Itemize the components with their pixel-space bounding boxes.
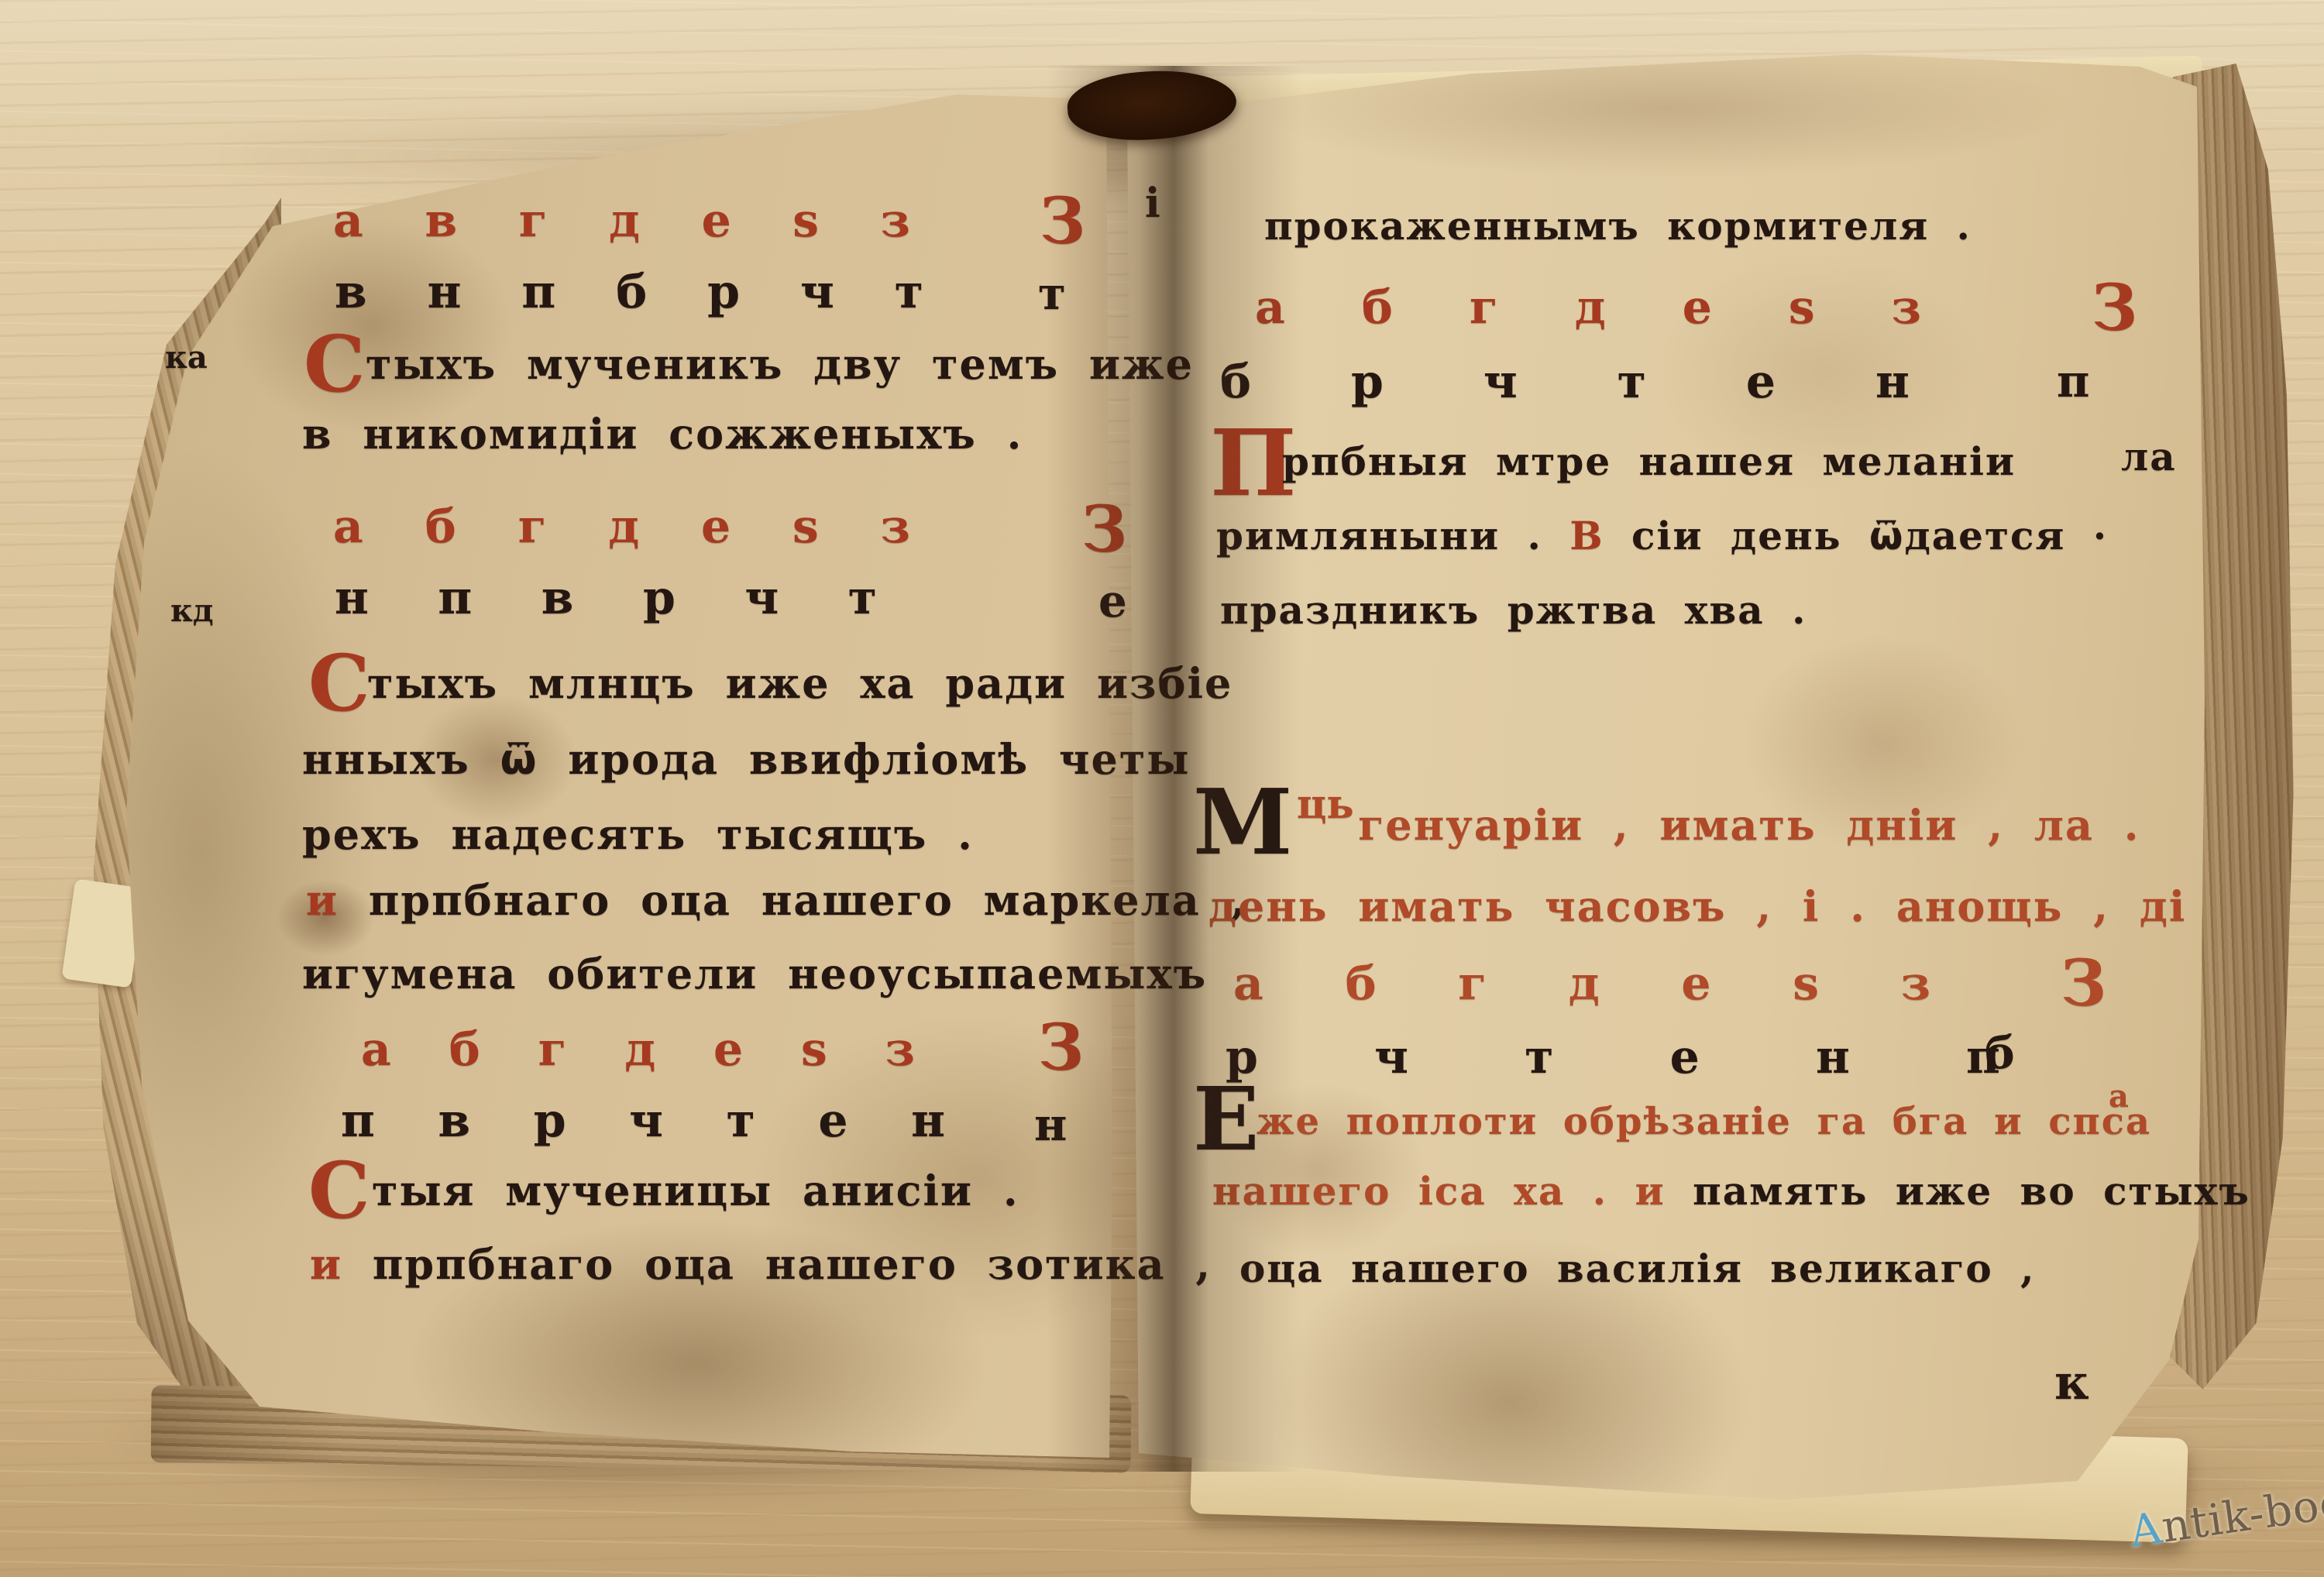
vruceleto-letter: р — [707, 265, 740, 319]
vruceleto-letter: ч — [800, 265, 834, 319]
vruceleto-letter: д — [624, 1022, 655, 1077]
vruceleto-letter: д — [1575, 280, 1606, 335]
vruceleto-red-row-2-left: абгдеѕз — [333, 500, 910, 554]
vruceleto-letter: в — [425, 194, 457, 248]
text-line: римляныни . В сіи день ѿдается · — [1216, 513, 2108, 558]
text-segment: сіи день ѿдается · — [1631, 513, 2108, 558]
vruceleto-red-z-3-left: З — [1038, 1011, 1084, 1085]
vruceleto-letter: б — [449, 1022, 480, 1077]
vruceleto-letter: в — [335, 265, 367, 319]
text-line: нныхъ ѿ ирода ввифліомѣ четы — [302, 734, 1191, 784]
initial-letter-inline: и — [306, 875, 339, 925]
vruceleto-letter: р — [1351, 355, 1384, 409]
vruceleto-red-z-2-left: З — [1081, 493, 1127, 567]
initial-letter-inline: и — [310, 1239, 342, 1289]
text-line-rest: прпбнаго оца нашего зотика , — [373, 1239, 1212, 1289]
vruceleto-red-row-2-right: абгдеѕз — [1233, 957, 1930, 1011]
weekday-black-far-3-left: н — [1034, 1098, 1067, 1151]
vruceleto-letter: т — [1618, 355, 1646, 409]
vruceleto-letter: б — [1346, 957, 1377, 1011]
text-line: тыхъ млнцъ иже ха ради избіе — [367, 658, 1232, 708]
text-line: праздникъ ржтва хва . — [1220, 587, 1807, 633]
text-line: оца нашего василія великаго , — [1239, 1245, 2036, 1291]
initial-letter: С — [308, 1158, 370, 1224]
weekday-black-row-3-left: пврчтен — [341, 1094, 945, 1148]
vruceleto-letter: п — [438, 571, 472, 625]
superscript: ць — [1297, 781, 1354, 828]
vruceleto-letter: т — [848, 571, 877, 625]
text-line: игумена обители неоусыпаемыхъ — [302, 949, 1207, 998]
vruceleto-red-row-1-left: авгдеѕз — [333, 194, 910, 248]
vruceleto-red-row-3-left: абгдеѕз — [361, 1022, 915, 1077]
month-heading-text: генуаріи , имать дніи , ла . — [1358, 800, 2140, 850]
vruceleto-letter: а — [1255, 280, 1285, 335]
month-heading-line-2: день имать часовъ , і . анощь , ді — [1208, 881, 2186, 931]
vruceleto-letter: р — [643, 571, 676, 625]
vruceleto-letter: ч — [1374, 1030, 1408, 1084]
quire-signature: к — [2054, 1354, 2089, 1410]
text-segment: нашего іса ха . и — [1212, 1168, 1666, 1214]
weekday-black-far-1-right: п — [2057, 355, 2089, 407]
weekday-black-row-1-right: брчтен — [1220, 355, 1910, 409]
vruceleto-letter: н — [428, 265, 462, 319]
vruceleto-letter: ч — [744, 571, 779, 625]
vruceleto-red-row-1-right: абгдеѕз — [1255, 280, 1921, 335]
vruceleto-letter: е — [818, 1094, 847, 1148]
vruceleto-letter: з — [1892, 280, 1921, 335]
vruceleto-letter: е — [1683, 280, 1712, 335]
text-line-tail: ла — [2121, 434, 2177, 479]
text-line: же поплоти обрѣзаніе га бга и спса — [1257, 1100, 2151, 1143]
vruceleto-letter: б — [616, 265, 647, 319]
vruceleto-letter: г — [1470, 280, 1498, 335]
vruceleto-letter: е — [1746, 355, 1776, 409]
vruceleto-letter: е — [702, 194, 731, 248]
weekday-black-row-2-left: нпврчт — [335, 571, 877, 625]
margin-day-number-right: а — [2109, 1078, 2129, 1115]
text-line: рпбныя мтре нашея меланіи — [1282, 438, 2016, 484]
text-line: и прпбнаго оца нашего зотика , — [310, 1239, 1212, 1289]
initial-letter: С — [304, 332, 366, 397]
text-line: рехъ надесять тысящъ . — [302, 809, 974, 859]
vruceleto-letter: б — [1362, 280, 1393, 335]
vruceleto-letter: б — [425, 500, 456, 554]
vruceleto-letter: а — [1233, 957, 1263, 1011]
text-line: и прпбнаго оца нашего маркела , — [306, 875, 1246, 925]
vruceleto-letter: з — [885, 1022, 915, 1077]
vruceleto-letter: е — [701, 500, 731, 554]
vruceleto-red-z-1-right: З — [2092, 271, 2137, 345]
vruceleto-red-z-2-right: З — [2061, 947, 2106, 1021]
vruceleto-letter: т — [895, 265, 923, 319]
weekday-black-row-2-right: рчтенп — [1226, 1030, 2000, 1084]
vruceleto-letter: а — [333, 500, 363, 554]
text-line: прокаженнымъ кормителя . — [1264, 203, 1972, 249]
vruceleto-letter: а — [361, 1022, 391, 1077]
text-line: нашего іса ха . и память иже во стыхъ — [1212, 1168, 2250, 1214]
text-segment: римляныни . — [1216, 513, 1542, 558]
initial-letter-m: М — [1193, 770, 1292, 875]
left-margin-day-number-2: кд — [170, 593, 214, 629]
text-segment: память иже во стыхъ — [1693, 1168, 2250, 1214]
weekday-black-row-1-left: внпбрчт — [335, 265, 923, 319]
photo-old-slavonic-book: ка кд авгдеѕз З внпбрчт т С тыхъ мученик… — [0, 0, 2324, 1577]
vruceleto-letter: д — [608, 500, 639, 554]
vruceleto-letter: т — [727, 1094, 755, 1148]
vruceleto-letter: е — [1670, 1030, 1700, 1084]
vruceleto-letter: е — [1681, 957, 1710, 1011]
vruceleto-letter: ѕ — [792, 194, 819, 248]
vruceleto-letter: н — [335, 571, 369, 625]
vruceleto-letter: п — [521, 265, 555, 319]
vruceleto-letter: д — [609, 194, 640, 248]
vruceleto-letter: н — [1875, 355, 1910, 409]
vruceleto-letter: г — [538, 1022, 567, 1077]
vruceleto-letter: ѕ — [801, 1022, 827, 1077]
vruceleto-letter: з — [1901, 957, 1930, 1011]
vruceleto-letter: р — [534, 1094, 566, 1148]
vruceleto-letter: ч — [1483, 355, 1518, 409]
vruceleto-letter: е — [713, 1022, 743, 1077]
text-line-rest: прпбнаго оца нашего маркела , — [369, 875, 1246, 925]
vruceleto-letter: ѕ — [1793, 957, 1819, 1011]
month-heading: М ць генуаріи , имать дніи , ла . — [1193, 781, 2140, 859]
initial-letter: С — [308, 651, 370, 716]
text-line: в никомидіи сожженыхъ . — [302, 409, 1023, 459]
vruceleto-letter: т — [1525, 1030, 1553, 1084]
vruceleto-letter: ѕ — [792, 500, 819, 554]
vruceleto-letter: п — [341, 1094, 375, 1148]
weekday-black-far-2-right: б — [1985, 1026, 2015, 1079]
vruceleto-letter: в — [541, 571, 574, 625]
vruceleto-letter: н — [911, 1094, 945, 1148]
vruceleto-letter: в — [438, 1094, 470, 1148]
gutter-mark: і — [1145, 180, 1160, 227]
vruceleto-letter: н — [1816, 1030, 1850, 1084]
vruceleto-letter: г — [1458, 957, 1487, 1011]
text-line: тыхъ мученикъ дву темъ иже — [366, 339, 1194, 389]
vruceleto-letter: д — [1569, 957, 1600, 1011]
vruceleto-letter: ѕ — [1789, 280, 1815, 335]
initial-letter: Е — [1193, 1083, 1259, 1156]
vruceleto-red-z-1-left: З — [1040, 184, 1085, 259]
vruceleto-letter: а — [333, 194, 363, 248]
vruceleto-letter: г — [519, 194, 548, 248]
vruceleto-letter: б — [1220, 355, 1251, 409]
red-initial-inline: В — [1569, 513, 1604, 558]
vruceleto-letter: г — [518, 500, 547, 554]
vruceleto-letter: ч — [629, 1094, 663, 1148]
weekday-black-far-2-left: е — [1098, 575, 1127, 627]
weekday-black-far-1-left: т — [1038, 267, 1066, 320]
vruceleto-letter: з — [881, 500, 910, 554]
text-line: тыя мученицы анисіи . — [372, 1166, 1019, 1215]
vruceleto-letter: з — [881, 194, 910, 248]
left-margin-day-number: ка — [165, 339, 208, 376]
